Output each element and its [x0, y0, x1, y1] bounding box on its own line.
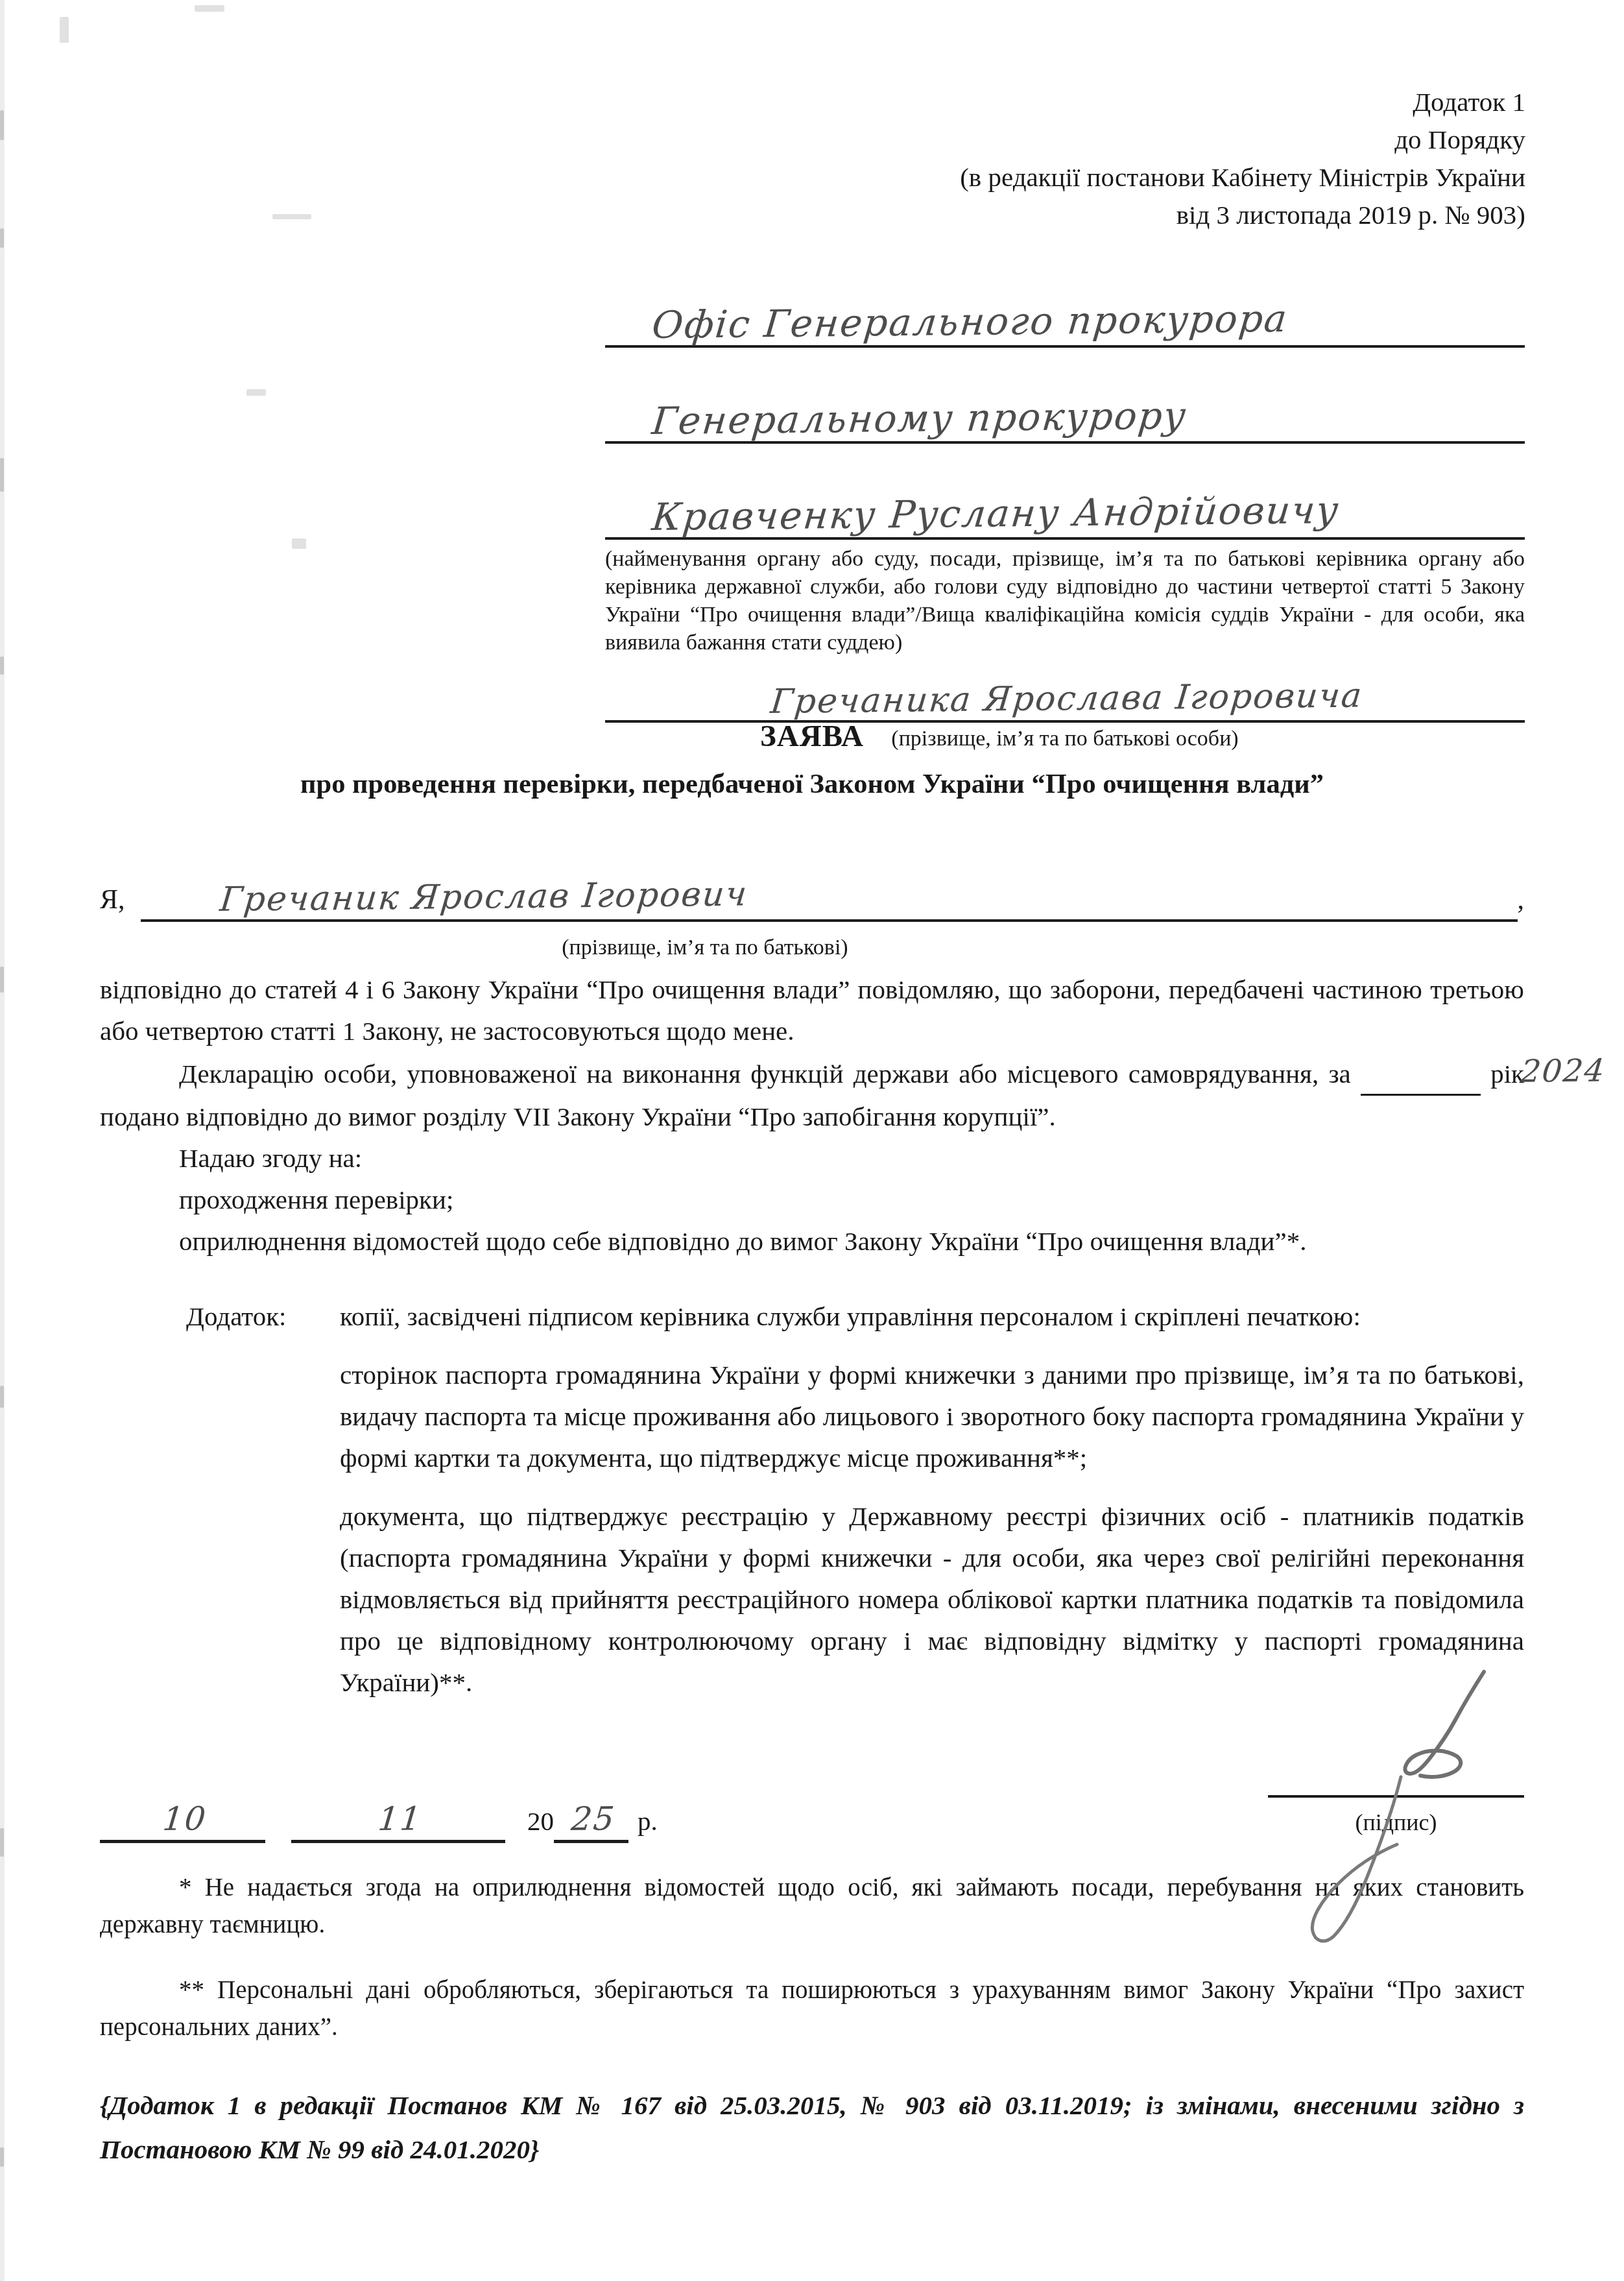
handwritten-declarant-name: Гречаник Ярослав Ігорович	[219, 877, 749, 917]
signature-block: (підпис)	[1268, 1750, 1524, 1843]
footnote-state-secret: * Не надається згода на оприлюднення від…	[100, 1869, 1524, 1943]
scan-edge-artifact	[0, 0, 5, 2281]
handwritten-recipient-title: Генеральному прокурору	[651, 396, 1189, 440]
scan-edge-mark	[0, 967, 4, 993]
addressee-line-1: Офіс Генерального прокурора	[605, 252, 1525, 348]
year-unit: р.	[638, 1800, 658, 1843]
appendix-date: від 3 листопада 2019 р. № 903)	[960, 196, 1525, 234]
scan-speck	[195, 5, 224, 12]
handwritten-month: 11	[376, 1798, 424, 1840]
date-month-line: 11	[291, 1791, 505, 1843]
scan-edge-mark	[0, 2147, 4, 2167]
consent-item-check: проходження перевірки;	[100, 1179, 1524, 1220]
scan-speck	[292, 538, 306, 549]
declarant-comma: ,	[1518, 879, 1525, 922]
document-body: Я, Гречаник Ярослав Ігорович , (прізвище…	[100, 860, 1524, 2171]
scan-edge-mark	[0, 228, 4, 248]
scan-edge-mark	[0, 458, 4, 492]
paragraph-statement: відповідно до статей 4 і 6 Закону Україн…	[100, 969, 1524, 1052]
declaration-text-before: Декларацію особи, уповноваженої на викон…	[179, 1059, 1351, 1089]
appendix-number: Додаток 1	[960, 83, 1525, 121]
date-signature-row: 10 11 20 25 р. (підпис)	[100, 1750, 1524, 1843]
addressee-line-3: Кравченку Руслану Андрійовичу	[605, 444, 1525, 540]
revision-note: {Додаток 1 в редакції Постанов КМ № 167 …	[100, 2083, 1524, 2171]
handwritten-applicant-name-genitive: Гречаника Ярослава Ігоровича	[769, 679, 1364, 719]
addressee-caption: (найменування органу або суду, посади, п…	[605, 545, 1525, 657]
declarant-label: Я,	[100, 879, 141, 922]
footnote-personal-data: ** Персональні дані обробляються, зберіг…	[100, 1972, 1524, 2046]
attachment-item-passport: сторінок паспорта громадянина України у …	[340, 1354, 1524, 1478]
signature-caption: (підпис)	[1268, 1802, 1524, 1843]
handwritten-office: Офіс Генерального прокурора	[651, 300, 1290, 344]
scan-speck	[246, 389, 266, 396]
scan-speck	[272, 214, 311, 219]
scan-edge-mark	[0, 657, 4, 675]
attachment-block: Додаток: копії, засвідчені підписом кері…	[186, 1296, 1524, 1703]
addressee-line-2: Генеральному прокурору	[605, 348, 1525, 444]
date-day-line: 10	[100, 1791, 265, 1843]
declaration-year-line: 2024	[1361, 1052, 1481, 1096]
applicant-name-row: Гречаника Ярослава Ігоровича	[605, 659, 1525, 723]
scan-edge-mark	[0, 1386, 4, 1408]
attachment-intro: копії, засвідчені підписом керівника слу…	[340, 1296, 1524, 1337]
attachment-content: копії, засвідчені підписом керівника слу…	[340, 1296, 1524, 1703]
scanned-document-page: { "header": { "line1": "Додаток 1", "lin…	[0, 0, 1624, 2281]
year-prefix: 20	[527, 1800, 554, 1843]
appendix-edition: (в редакції постанови Кабінету Міністрів…	[960, 158, 1525, 196]
attachment-item-tax-registry: документа, що підтверджує реєстрацію у Д…	[340, 1495, 1524, 1703]
handwritten-year-suffix: 25	[569, 1798, 617, 1840]
handwritten-recipient-name: Кравченку Руслану Андрійовичу	[651, 491, 1341, 536]
attachment-label: Додаток:	[186, 1296, 340, 1703]
appendix-header: Додаток 1 до Порядку (в редакції постано…	[960, 83, 1525, 234]
date-year-line: 25	[554, 1791, 628, 1843]
document-subtitle: про проведення перевірки, передбаченої З…	[100, 768, 1524, 800]
scan-speck	[60, 17, 69, 43]
signature-line	[1268, 1750, 1524, 1798]
scan-edge-mark	[0, 110, 4, 140]
addressee-block: Офіс Генерального прокурора Генеральному…	[605, 252, 1525, 751]
handwritten-day: 10	[161, 1798, 209, 1840]
document-title: ЗАЯВА	[100, 719, 1524, 754]
declarant-name-caption: (прізвище, ім’я та по батькові)	[100, 927, 1524, 969]
scan-edge-mark	[0, 1828, 4, 1857]
paragraph-declaration: Декларацію особи, уповноваженої на викон…	[100, 1052, 1524, 1137]
date-fields: 10 11 20 25 р.	[100, 1791, 658, 1843]
appendix-to: до Порядку	[960, 121, 1525, 158]
declarant-row: Я, Гречаник Ярослав Ігорович ,	[100, 860, 1524, 922]
document-title-block: ЗАЯВА про проведення перевірки, передбач…	[100, 719, 1524, 800]
declarant-name-line: Гречаник Ярослав Ігорович	[141, 860, 1518, 922]
handwritten-year: 2024	[1440, 1050, 1607, 1093]
consent-intro: Надаю згоду на:	[100, 1137, 1524, 1179]
consent-item-publication: оприлюднення відомостей щодо себе відпов…	[100, 1220, 1524, 1262]
